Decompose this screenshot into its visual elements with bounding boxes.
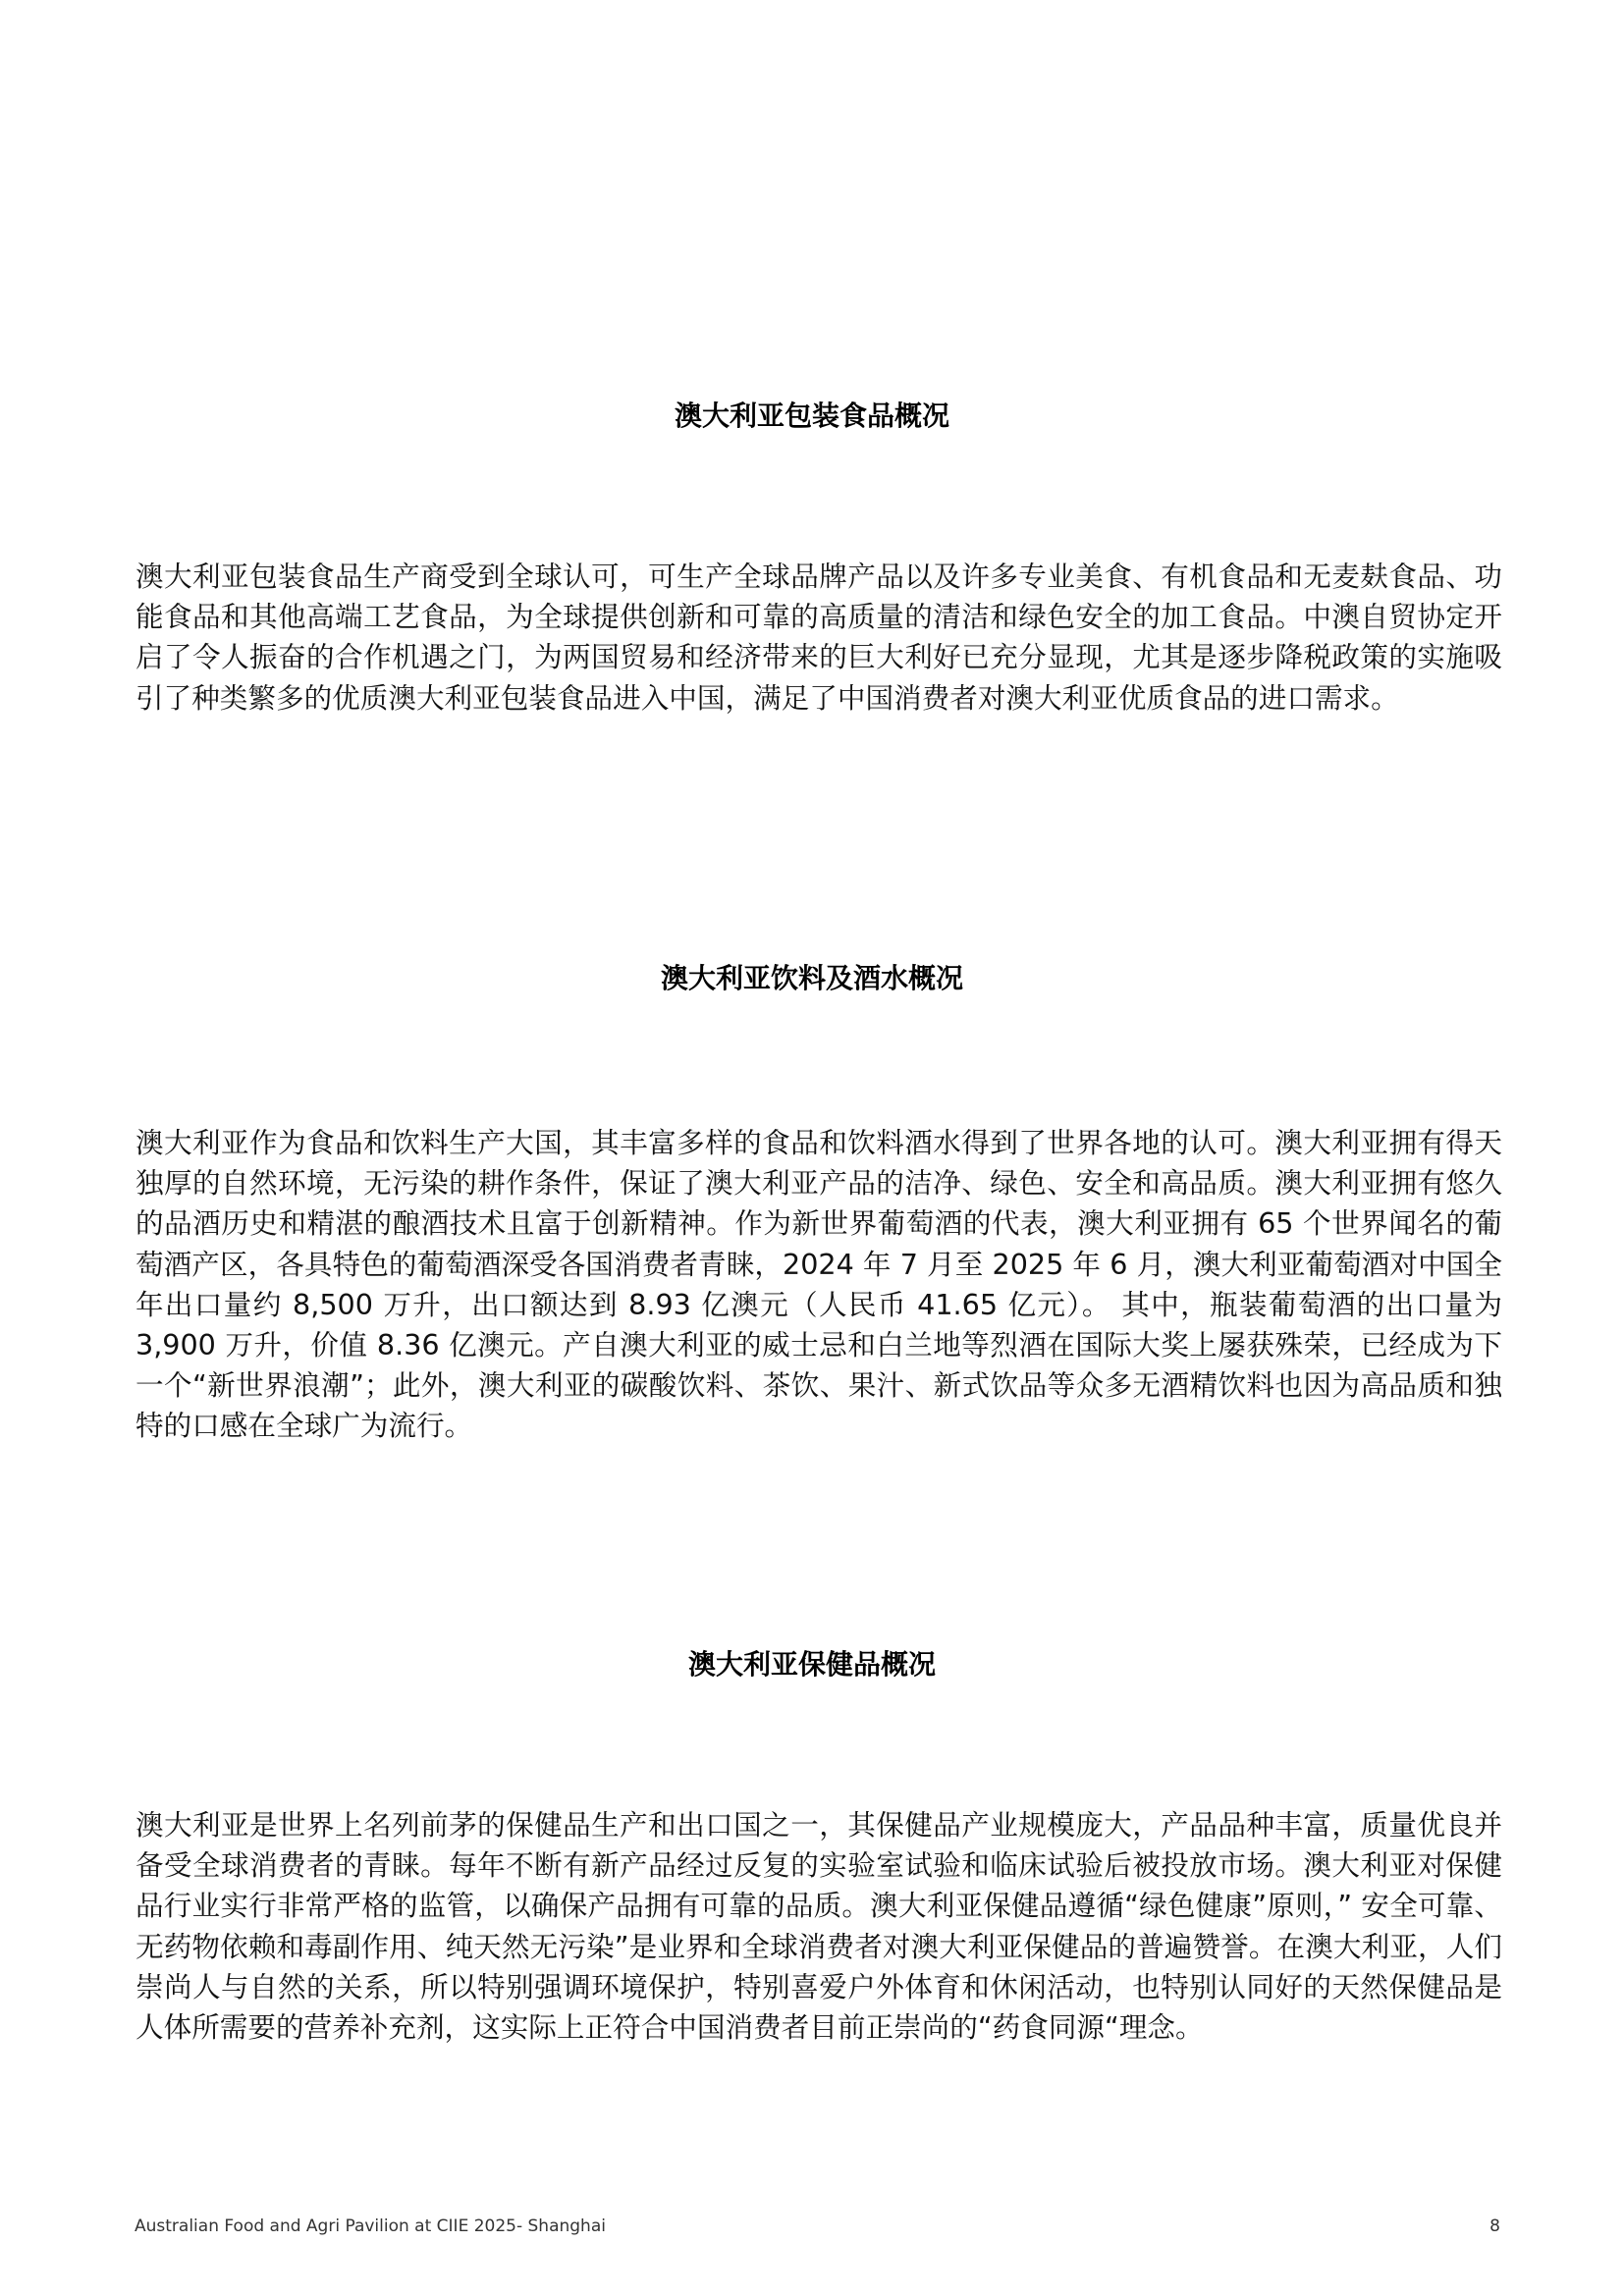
footer-page-number: 8 [1489, 2215, 1500, 2238]
section-title-packaged-food: 澳大利亚包装食品概况 [0, 397, 1624, 436]
section-body-beverages-alcohol: 澳大利亚作为食品和饮料生产大国，其丰富多样的食品和饮料酒水得到了世界各地的认可。… [135, 1123, 1502, 1447]
section-title-health-supplements: 澳大利亚保健品概况 [0, 1645, 1624, 1684]
section-body-packaged-food: 澳大利亚包装食品生产商受到全球认可，可生产全球品牌产品以及许多专业美食、有机食品… [135, 557, 1502, 719]
section-title-beverages-alcohol: 澳大利亚饮料及酒水概况 [0, 959, 1624, 998]
document-page: 澳大利亚包装食品概况 澳大利亚包装食品生产商受到全球认可，可生产全球品牌产品以及… [0, 0, 1624, 2296]
section-body-health-supplements: 澳大利亚是世界上名列前茅的保健品生产和出口国之一，其保健品产业规模庞大，产品品种… [135, 1805, 1502, 2048]
footer-document-title: Australian Food and Agri Pavilion at CII… [135, 2215, 606, 2238]
